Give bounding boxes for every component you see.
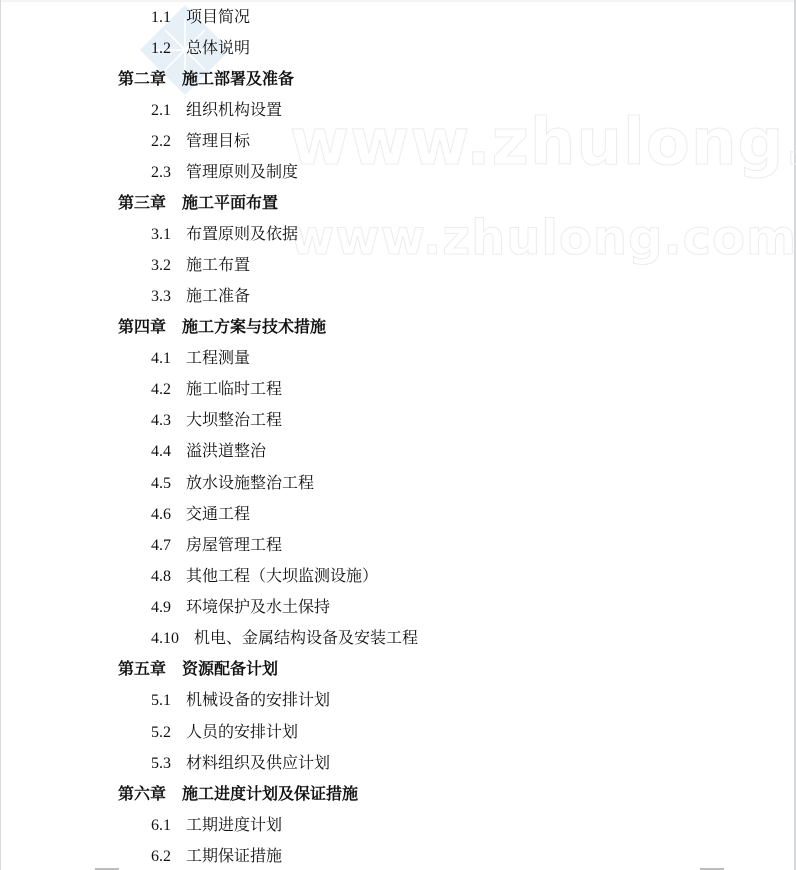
section-title: 大坝整治工程 <box>186 404 282 435</box>
chapter-title: 施工部署及准备 <box>182 63 294 94</box>
section-number: 6.2 <box>151 841 186 870</box>
chapter-number: 第五章 <box>118 654 182 685</box>
toc-entry-4-10[interactable]: 4.10机电、金属结构设备及安装工程 <box>151 622 418 653</box>
chapter-number: 第二章 <box>118 64 182 95</box>
section-number: 4.10 <box>151 623 194 654</box>
section-number: 5.2 <box>151 717 186 748</box>
section-number: 3.1 <box>151 219 186 250</box>
toc-entry-5-3[interactable]: 5.3材料组织及供应计划 <box>151 747 330 778</box>
chapter-number: 第四章 <box>118 312 182 343</box>
section-title: 施工准备 <box>186 280 250 311</box>
section-number: 4.9 <box>151 592 186 623</box>
page-border-left <box>0 0 1 870</box>
section-title: 材料组织及供应计划 <box>186 747 330 778</box>
toc-chapter-5[interactable]: 第五章资源配备计划 <box>118 653 278 684</box>
top-edge <box>0 0 796 2</box>
section-title: 人员的安排计划 <box>186 716 298 747</box>
section-number: 1.1 <box>151 2 186 33</box>
toc-entry-4-5[interactable]: 4.5放水设施整治工程 <box>151 467 314 498</box>
section-title: 项目简况 <box>186 1 250 32</box>
section-title: 组织机构设置 <box>186 94 282 125</box>
section-number: 3.3 <box>151 281 186 312</box>
section-title: 工期进度计划 <box>186 809 282 840</box>
section-number: 6.1 <box>151 810 186 841</box>
chapter-number: 第六章 <box>118 779 182 810</box>
section-title: 工程测量 <box>186 342 250 373</box>
toc-entry-6-2[interactable]: 6.2工期保证措施 <box>151 840 282 870</box>
toc-entry-4-2[interactable]: 4.2施工临时工程 <box>151 373 282 404</box>
toc-chapter-4[interactable]: 第四章施工方案与技术措施 <box>118 311 326 342</box>
section-number: 4.7 <box>151 530 186 561</box>
section-title: 管理原则及制度 <box>186 156 298 187</box>
toc-entry-2-1[interactable]: 2.1组织机构设置 <box>151 94 282 125</box>
chapter-title: 施工方案与技术措施 <box>182 311 326 342</box>
toc-chapter-6[interactable]: 第六章施工进度计划及保证措施 <box>118 778 358 809</box>
toc-entry-2-3[interactable]: 2.3管理原则及制度 <box>151 156 298 187</box>
watermark-text-small: www.zhulong.com <box>290 210 796 266</box>
section-title: 管理目标 <box>186 125 250 156</box>
toc-entry-1-2[interactable]: 1.2总体说明 <box>151 32 250 63</box>
watermark-text-large: www.zhulong.com <box>290 106 796 180</box>
section-number: 4.6 <box>151 499 186 530</box>
document-page: www.zhulong.com www.zhulong.com 1.1项目简况 … <box>0 0 796 870</box>
toc-entry-2-2[interactable]: 2.2管理目标 <box>151 125 250 156</box>
chapter-title: 施工平面布置 <box>182 187 278 218</box>
section-title: 机械设备的安排计划 <box>186 684 330 715</box>
section-title: 环境保护及水土保持 <box>186 591 330 622</box>
chapter-number: 第三章 <box>118 188 182 219</box>
section-title: 溢洪道整治 <box>186 435 266 466</box>
section-title: 工期保证措施 <box>186 840 282 870</box>
section-title: 放水设施整治工程 <box>186 467 314 498</box>
toc-entry-6-1[interactable]: 6.1工期进度计划 <box>151 809 282 840</box>
section-number: 4.2 <box>151 374 186 405</box>
section-number: 1.2 <box>151 33 186 64</box>
toc-entry-4-3[interactable]: 4.3大坝整治工程 <box>151 404 282 435</box>
section-number: 2.2 <box>151 126 186 157</box>
toc-entry-4-1[interactable]: 4.1工程测量 <box>151 342 250 373</box>
section-number: 4.3 <box>151 405 186 436</box>
section-number: 5.3 <box>151 748 186 779</box>
section-number: 3.2 <box>151 250 186 281</box>
chapter-title: 施工进度计划及保证措施 <box>182 778 358 809</box>
section-title: 交通工程 <box>186 498 250 529</box>
section-title: 施工临时工程 <box>186 373 282 404</box>
section-number: 4.8 <box>151 561 186 592</box>
toc-entry-4-9[interactable]: 4.9环境保护及水土保持 <box>151 591 330 622</box>
section-number: 2.1 <box>151 95 186 126</box>
section-number: 2.3 <box>151 157 186 188</box>
section-title: 房屋管理工程 <box>186 529 282 560</box>
toc-entry-3-1[interactable]: 3.1布置原则及依据 <box>151 218 298 249</box>
toc-entry-3-3[interactable]: 3.3施工准备 <box>151 280 250 311</box>
section-number: 4.5 <box>151 468 186 499</box>
section-title: 机电、金属结构设备及安装工程 <box>194 622 418 653</box>
section-number: 4.1 <box>151 343 186 374</box>
section-title: 布置原则及依据 <box>186 218 298 249</box>
toc-entry-5-2[interactable]: 5.2人员的安排计划 <box>151 716 298 747</box>
toc-entry-5-1[interactable]: 5.1机械设备的安排计划 <box>151 684 330 715</box>
section-number: 5.1 <box>151 685 186 716</box>
toc-chapter-3[interactable]: 第三章施工平面布置 <box>118 187 278 218</box>
toc-entry-4-7[interactable]: 4.7房屋管理工程 <box>151 529 282 560</box>
toc-entry-4-4[interactable]: 4.4溢洪道整治 <box>151 435 266 466</box>
section-title: 其他工程（大坝监测设施） <box>186 560 378 591</box>
toc-chapter-2[interactable]: 第二章施工部署及准备 <box>118 63 294 94</box>
toc-entry-4-8[interactable]: 4.8其他工程（大坝监测设施） <box>151 560 378 591</box>
chapter-title: 资源配备计划 <box>182 653 278 684</box>
toc-entry-3-2[interactable]: 3.2施工布置 <box>151 249 250 280</box>
toc-entry-4-6[interactable]: 4.6交通工程 <box>151 498 250 529</box>
section-title: 施工布置 <box>186 249 250 280</box>
section-number: 4.4 <box>151 436 186 467</box>
toc-entry-1-1[interactable]: 1.1项目简况 <box>151 1 250 32</box>
section-title: 总体说明 <box>186 32 250 63</box>
